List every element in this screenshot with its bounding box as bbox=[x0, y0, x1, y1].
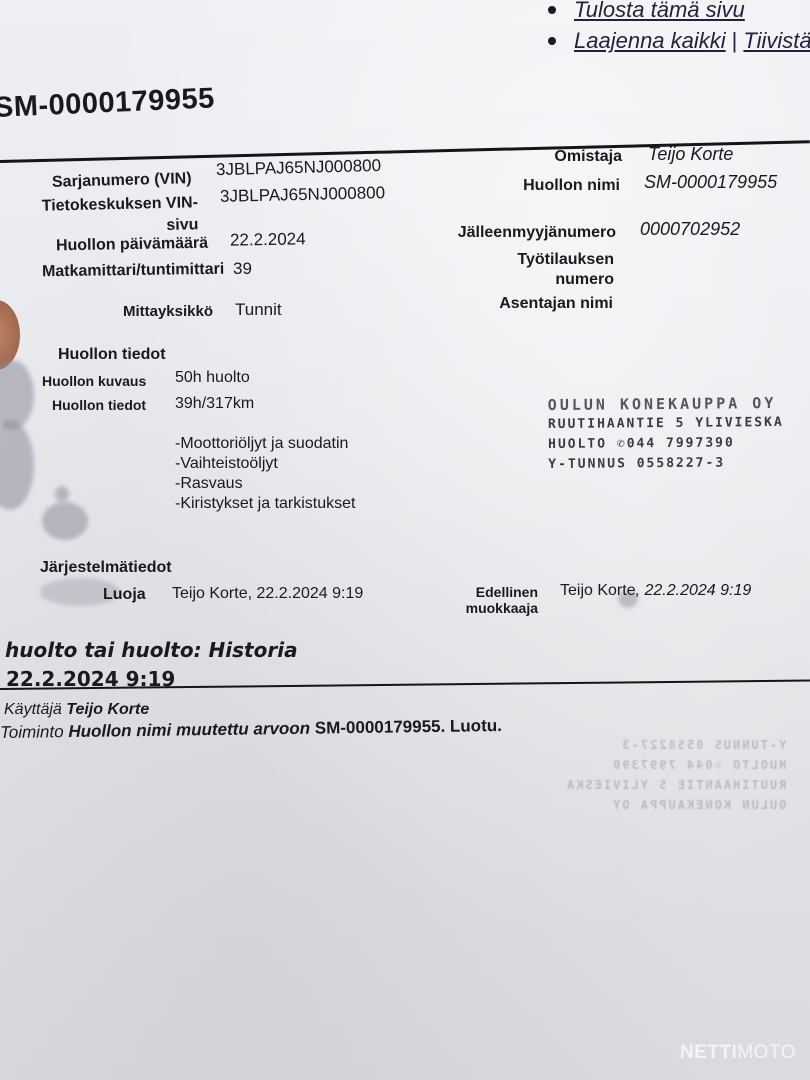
print-link-row: Tulosta tämä sivu bbox=[548, 0, 810, 25]
ink-stain bbox=[42, 502, 88, 540]
unit-value: Tunnit bbox=[235, 300, 282, 320]
creator-label: Luoja bbox=[103, 586, 146, 604]
system-info-heading: Järjestelmätiedot bbox=[40, 559, 172, 577]
service-name-label: Huollon nimi bbox=[523, 177, 620, 195]
bullet-icon bbox=[548, 6, 556, 14]
dealer-stamp: OULUN KONEKAUPPA OY RUUTIHAANTIE 5 YLIVI… bbox=[548, 393, 785, 475]
service-description-value: 50h huolto bbox=[175, 369, 250, 387]
expand-link-row: Laajenna kaikki | Tiivistä bbox=[548, 25, 810, 56]
owner-value: Teijo Korte bbox=[648, 144, 733, 165]
watermark-regular: MOTO bbox=[737, 1042, 796, 1063]
service-task: -Moottoriöljyt ja suodatin bbox=[175, 434, 355, 454]
ink-stain bbox=[55, 486, 69, 502]
service-name-value: SM-0000179955 bbox=[644, 172, 777, 193]
action-label: Toiminto bbox=[0, 722, 64, 742]
bullet-icon bbox=[548, 37, 556, 45]
unit-label: Mittayksikkö bbox=[123, 303, 213, 320]
action-value-italic: Huollon nimi muutettu arvoon bbox=[68, 719, 310, 741]
service-task: -Vaihteistoöljyt bbox=[175, 454, 355, 474]
odometer-value: 39 bbox=[233, 259, 252, 279]
last-editor-value: Teijo Korte, 22.2.2024 9:19 bbox=[560, 582, 751, 600]
collapse-link[interactable]: Tiivistä bbox=[743, 25, 810, 56]
nettimoto-watermark: NETTIMOTO bbox=[680, 1042, 796, 1064]
work-order-label: Työtilauksen numero bbox=[517, 250, 614, 290]
mechanic-name-label: Asentajan nimi bbox=[499, 295, 613, 313]
print-page-link[interactable]: Tulosta tämä sivu bbox=[574, 0, 745, 25]
service-task-list: -Moottoriöljyt ja suodatin -Vaihteistoöl… bbox=[175, 434, 355, 514]
dealer-number-value: 0000702952 bbox=[640, 219, 740, 240]
last-editor-label: Edellinen muokkaaja bbox=[466, 584, 538, 616]
top-links: Tulosta tämä sivu Laajenna kaikki | Tiiv… bbox=[548, 0, 810, 56]
service-details-label: Huollon tiedot bbox=[52, 397, 146, 413]
data-center-vin-value: 3JBLPAJ65NJ000800 bbox=[220, 183, 385, 207]
stamp-company: OULUN KONEKAUPPA OY bbox=[548, 393, 784, 415]
history-title-text: huolto tai huolto: Historia bbox=[5, 638, 298, 662]
last-editor-name: Teijo Korte bbox=[560, 582, 636, 599]
history-title: huolto tai huolto: Historia bbox=[5, 638, 298, 662]
owner-label: Omistaja bbox=[554, 148, 622, 166]
ghost-line: HUOLTO ✆044 7997390 bbox=[565, 755, 786, 775]
ghost-line: RUUTIHAANTIE 5 YLIVIESKA bbox=[565, 775, 786, 795]
expand-all-link[interactable]: Laajenna kaikki bbox=[574, 25, 726, 56]
service-date-value: 22.2.2024 bbox=[230, 229, 306, 250]
creator-value: Teijo Korte, 22.2.2024 9:19 bbox=[172, 585, 363, 603]
vin-label: Sarjanumero (VIN) bbox=[52, 170, 192, 192]
stamp-bleed-through: Y-TUNNUS 0558227-3 HUOLTO ✆044 7997390 R… bbox=[565, 735, 786, 815]
service-info-heading: Huollon tiedot bbox=[58, 346, 166, 364]
ghost-line: OULUN KONEKAUPPA OY bbox=[565, 795, 786, 815]
dealer-number-label: Jälleenmyyjänumero bbox=[458, 224, 616, 242]
service-task: -Kiristykset ja tarkistukset bbox=[175, 494, 355, 514]
user-label: Käyttäjä bbox=[4, 701, 62, 718]
user-value: Teijo Korte bbox=[66, 701, 149, 718]
service-description-label: Huollon kuvaus bbox=[42, 373, 146, 389]
link-separator: | bbox=[732, 25, 738, 56]
service-date-label: Huollon päivämäärä bbox=[56, 235, 208, 256]
last-editor-date: , 22.2.2024 9:19 bbox=[636, 582, 752, 599]
service-task: -Rasvaus bbox=[175, 474, 355, 494]
service-details-value: 39h/317km bbox=[175, 395, 254, 413]
ghost-line: Y-TUNNUS 0558227-3 bbox=[565, 735, 786, 755]
stamp-phone: HUOLTO ✆044 7997390 bbox=[548, 433, 784, 455]
data-center-vin-label: Tietokeskuksen VIN- sivu bbox=[41, 192, 198, 240]
odometer-label: Matkamittari/tuntimittari bbox=[42, 261, 224, 282]
watermark-bold: NETTI bbox=[680, 1042, 737, 1063]
history-user-row: Käyttäjä Teijo Korte bbox=[4, 701, 149, 719]
stamp-address: RUUTIHAANTIE 5 YLIVIESKA bbox=[548, 413, 784, 435]
stamp-business-id: Y-TUNNUS 0558227-3 bbox=[548, 453, 784, 475]
action-value-rest: SM-0000179955. Luotu. bbox=[310, 716, 502, 738]
